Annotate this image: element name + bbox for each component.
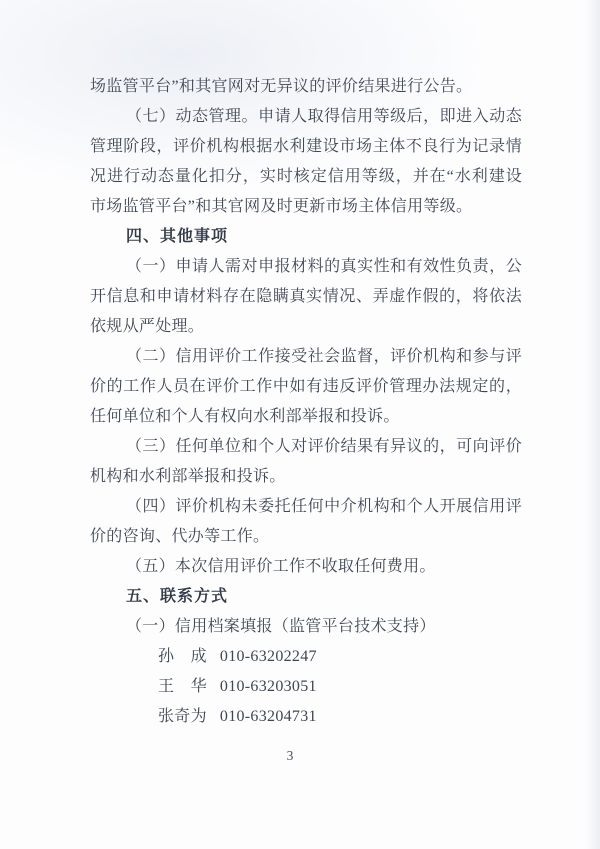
contact-row: 王 华010-63203051 [90,672,522,702]
item1-line: 开信息和申请材料存在隐瞒真实情况、弄虚作假的，将依法 [90,282,522,312]
paragraph-dynamic-line: 市场监管平台”和其官网及时更新市场主体信用等级。 [90,192,522,222]
scanned-document-page: 场监管平台”和其官网对无异议的评价结果进行公告。 （七）动态管理。申请人取得信用… [0,0,600,849]
item1-line: 依规从严处理。 [90,312,522,342]
paragraph-announce-continuation: 场监管平台”和其官网对无异议的评价结果进行公告。 [90,72,522,102]
contact-row: 张奇为010-63204731 [90,702,522,732]
paragraph-dynamic-line: 管理阶段，评价机构根据水利建设市场主体不良行为记录情 [90,132,522,162]
item5-line: （五）本次信用评价工作不收取任何费用。 [90,552,522,582]
section-heading-other-matters: 四、其他事项 [90,222,522,252]
paragraph-dynamic-line: （七）动态管理。申请人取得信用等级后，即进入动态 [90,102,522,132]
contact-row: 孙 成010-63202247 [90,642,522,672]
contact-phone: 010-63202247 [220,648,317,665]
contact-phone: 010-63204731 [220,708,317,725]
item4-line: 价的咨询、代办等工作。 [90,522,522,552]
document-body: 场监管平台”和其官网对无异议的评价结果进行公告。 （七）动态管理。申请人取得信用… [90,72,522,732]
contact-name: 王 华 [158,678,207,695]
contact-phone: 010-63203051 [220,678,317,695]
item3-line: （三）任何单位和个人对评价结果有异议的，可向评价 [90,432,522,462]
item2-line: 价的工作人员在评价工作中如有违反评价管理办法规定的， [90,372,522,402]
item3-line: 机构和水利部举报和投诉。 [90,462,522,492]
item1-line: （一）申请人需对申报材料的真实性和有效性负责，公 [90,252,522,282]
page-number: 3 [0,748,580,764]
item4-line: （四）评价机构未委托任何中介机构和个人开展信用评 [90,492,522,522]
item2-line: （二）信用评价工作接受社会监督，评价机构和参与评 [90,342,522,372]
paragraph-dynamic-line: 况进行动态量化扣分，实时核定信用等级，并在“水利建设 [90,162,522,192]
item2-line: 任何单位和个人有权向水利部举报和投诉。 [90,402,522,432]
contact-name: 张奇为 [158,708,207,725]
section-heading-contact: 五、联系方式 [90,582,522,612]
contact-name: 孙 成 [158,648,207,665]
contact-subheading: （一）信用档案填报（监管平台技术支持） [90,612,522,642]
scan-edge-artifact [586,0,600,849]
